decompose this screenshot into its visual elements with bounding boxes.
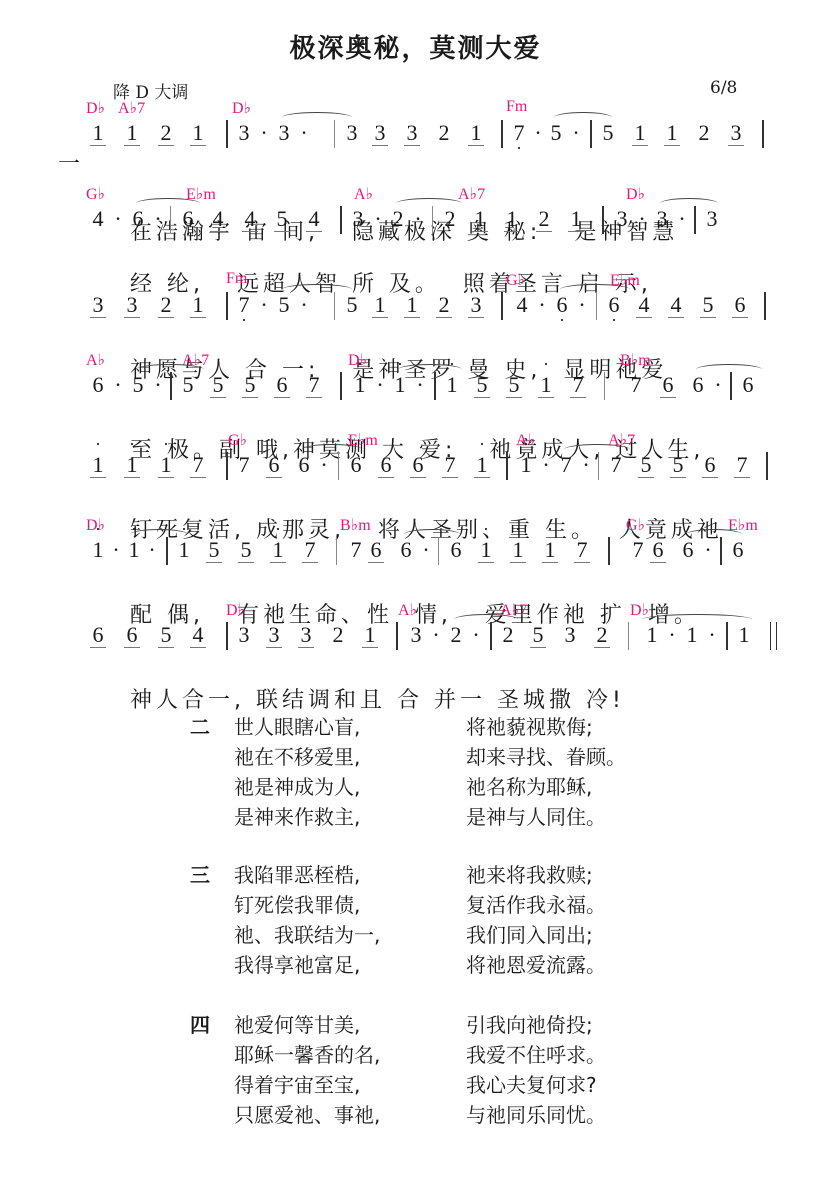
note: 3 xyxy=(350,204,366,234)
lyric-right: 是神与人同住。 xyxy=(466,802,606,832)
note: 6 xyxy=(348,450,364,480)
note: 1 xyxy=(632,118,648,146)
note: 5 xyxy=(474,370,490,398)
barline xyxy=(432,206,433,234)
note: 5 xyxy=(700,290,716,318)
lyric-left: 祂爱何等甘美, xyxy=(234,1010,360,1040)
note: 3 xyxy=(236,620,252,650)
note: 6 xyxy=(732,290,748,318)
note: 1 xyxy=(90,118,106,146)
note: 6 xyxy=(124,620,140,648)
lyrics-row: 配 偶, 有祂生命、性 情, 爱里作祂 扩 增。 xyxy=(86,565,786,599)
note: · xyxy=(370,204,386,234)
note: 6 xyxy=(660,370,676,398)
note: 7 xyxy=(348,535,364,565)
chord: B♭m xyxy=(620,350,651,370)
note: 1 xyxy=(510,535,526,563)
barline xyxy=(720,537,722,565)
lyrics-row: 神愿与人 合 一: 是神圣罗 曼 史, 显明祂爱 xyxy=(86,320,786,354)
note: 1 xyxy=(90,450,106,478)
chord: A♭ xyxy=(86,350,105,370)
note: 6 xyxy=(702,450,718,478)
stanza-line: 祂、我联结为一,我们同入同出; xyxy=(190,920,710,950)
lyric-left: 只愿爱祂、事祂, xyxy=(234,1100,380,1130)
barline xyxy=(602,206,604,234)
note: 5 xyxy=(206,535,222,563)
note: 1 xyxy=(664,118,680,146)
chord: D♭ xyxy=(626,184,645,204)
note: 4 xyxy=(190,620,206,648)
barline xyxy=(336,537,337,565)
note: 7 xyxy=(574,535,590,563)
note: · xyxy=(256,290,272,320)
note: 1 xyxy=(518,450,534,480)
verse-number: 一 xyxy=(58,148,84,182)
barline xyxy=(766,452,768,480)
barline xyxy=(770,622,777,650)
barline xyxy=(730,372,732,400)
barline xyxy=(396,622,398,650)
note: 6 xyxy=(448,535,464,565)
note: 5 xyxy=(180,370,196,400)
chord: G♭ xyxy=(228,430,247,450)
note: · xyxy=(428,620,444,650)
barline xyxy=(434,372,436,400)
chord: G♭ xyxy=(506,270,525,290)
note: 7 xyxy=(511,118,527,148)
note: 4 xyxy=(242,204,258,232)
note: 2 xyxy=(158,290,174,318)
stanza-line: 祂在不移爱里,却来寻找、眷顾。 xyxy=(190,742,710,772)
note: 3 xyxy=(298,620,314,648)
barline xyxy=(170,206,171,234)
note: 1 xyxy=(190,118,206,146)
note: · xyxy=(530,118,546,148)
note: · xyxy=(534,290,550,320)
note: 6 xyxy=(368,535,384,563)
note: 6 xyxy=(274,370,290,398)
chord: D♭ xyxy=(226,600,245,620)
chord-row: G♭ E♭m A♭ A♭7 xyxy=(86,430,786,450)
note: 3 xyxy=(408,620,424,650)
note: 5 xyxy=(242,370,258,398)
note: · xyxy=(538,450,554,480)
tie-arc xyxy=(282,284,352,295)
barline xyxy=(590,120,592,148)
lyric-right: 我心夫复何求? xyxy=(466,1070,597,1100)
note: 7 xyxy=(236,450,252,480)
barline xyxy=(628,622,629,650)
note: 1 xyxy=(362,620,378,648)
barline xyxy=(501,292,503,320)
lyrics-row: 钉死复活, 成那灵, 将人圣别、重 生。 人竟成祂 xyxy=(86,480,786,514)
note: 7 xyxy=(302,535,318,563)
lyric-left: 祂是神成为人, xyxy=(234,772,360,802)
note: · xyxy=(634,204,650,234)
note: 2 xyxy=(442,204,458,234)
lyric-left: 钉死偿我罪债, xyxy=(234,890,360,920)
chord: D♭ xyxy=(232,98,251,118)
barline xyxy=(438,537,439,565)
note: 1 xyxy=(568,204,584,232)
note: 5 xyxy=(506,370,522,398)
note: 3 xyxy=(372,118,388,146)
stanza-line: 祂爱何等甘美,引我向祂倚投; xyxy=(190,1010,710,1040)
note: 2 xyxy=(436,290,452,318)
note: 1 xyxy=(270,535,286,563)
lyric-right: 我爱不住呼求。 xyxy=(466,1040,606,1070)
score-line-1: D♭ A♭7 D♭ Fm 1121 3·3· 33321 7·5· 51123 … xyxy=(86,98,786,182)
notation-row: 1·1· 15517 766· 61117 766· 6 xyxy=(86,535,786,565)
note: 1 xyxy=(542,535,558,563)
note: 4 xyxy=(306,204,322,232)
note: 2 xyxy=(696,118,712,148)
note: 6 xyxy=(740,370,756,400)
note: 5 xyxy=(530,620,546,648)
score-line-6: D♭ B♭m G♭ E♭m 1·1· 15517 766· 61117 766·… xyxy=(86,515,786,599)
stanza-line: 得着宇宙至宝,我心夫复何求? xyxy=(190,1070,710,1100)
lyric-right: 将祂藐视欺侮; xyxy=(466,712,593,742)
chord: A♭ xyxy=(398,600,417,620)
notation-row: 1117 766· 66671 1·7· 75567 xyxy=(86,450,786,480)
notation-row: 6·5· 55567 1·1· 15517 766· 6 xyxy=(86,370,786,400)
barline xyxy=(340,372,342,400)
barline xyxy=(490,622,492,650)
note: 3 xyxy=(404,118,420,146)
stanza-line: 只愿爱祂、事祂,与祂同乐同忧。 xyxy=(190,1100,710,1130)
lyrics-row: 至 极。副 哦,神莫测 大 爱: 祂竟成人, 过人生, xyxy=(86,400,786,434)
barline xyxy=(604,372,605,400)
note: 3 xyxy=(236,118,252,148)
barline xyxy=(226,622,228,650)
note: 1 xyxy=(478,535,494,563)
note: 4 xyxy=(668,290,684,318)
note: 3 xyxy=(90,290,106,318)
score-line-2: G♭ E♭m A♭ A♭7 D♭ 4·6· 64454 3·2· 21121 3… xyxy=(86,184,786,268)
lyric-right: 祂名称为耶稣, xyxy=(466,772,592,802)
barline xyxy=(596,292,597,320)
barline xyxy=(694,206,696,234)
note: 7 xyxy=(734,450,750,478)
note: · xyxy=(110,204,126,234)
chord: Fm xyxy=(226,270,247,288)
note: 6 xyxy=(266,450,282,478)
note: 1 xyxy=(504,204,520,232)
lyric-left: 耶稣一馨香的名, xyxy=(234,1040,380,1070)
barline xyxy=(226,452,228,480)
note: · xyxy=(110,370,126,400)
lyrics-row: 经 纶, 远超人智 所 及。 照着圣言 启 示, xyxy=(86,234,786,268)
barline xyxy=(762,120,764,148)
lyric-right: 祂来将我救赎; xyxy=(466,860,593,890)
note: 1 xyxy=(372,290,388,318)
stanza-line: 祂是神成为人,祂名称为耶稣, xyxy=(190,772,710,802)
barline xyxy=(334,292,335,320)
note: 4 xyxy=(90,204,106,234)
barline xyxy=(726,622,728,650)
note: 5 xyxy=(670,450,686,478)
chord: A♭7 xyxy=(118,98,145,118)
barline xyxy=(598,452,599,480)
barline xyxy=(226,292,228,320)
barline xyxy=(338,452,339,480)
note: 1 xyxy=(158,450,174,478)
note: 6 xyxy=(730,535,746,565)
lyric-right: 我们同入同出; xyxy=(466,920,593,950)
note: 4 xyxy=(514,290,530,320)
note: 2 xyxy=(594,620,610,648)
chord: A♭7 xyxy=(458,184,485,204)
barline xyxy=(170,372,172,400)
lyrics-row: 一 在浩瀚宇 宙 间, 隐藏极深 奥 秘: 是神智慧 xyxy=(86,148,786,182)
stanza-4: 四 祂爱何等甘美,引我向祂倚投; 耶稣一馨香的名,我爱不住呼求。 得着宇宙至宝,… xyxy=(190,1010,710,1130)
note: 3 xyxy=(614,204,630,234)
stanza-line: 世人眼瞎心盲,将祂藐视欺侮; xyxy=(190,712,710,742)
note: 7 xyxy=(442,450,458,478)
stanza-line: 我陷罪恶桎梏,祂来将我救赎; xyxy=(190,860,710,890)
note: 7 xyxy=(190,450,206,478)
note: · xyxy=(108,535,124,565)
note: 1 xyxy=(404,290,420,318)
lyric-right: 引我向祂倚投; xyxy=(466,1010,593,1040)
chord: G♭ xyxy=(626,515,645,535)
note: · xyxy=(372,370,388,400)
barline xyxy=(764,292,766,320)
lyric-left: 得着宇宙至宝, xyxy=(234,1070,360,1100)
note: 6 xyxy=(180,204,196,234)
note: 6 xyxy=(606,290,622,320)
note: 5 xyxy=(600,118,616,148)
note: 3 xyxy=(344,118,360,148)
note: 7 xyxy=(570,370,586,398)
stanza-line: 钉死偿我罪债,复活作我永福。 xyxy=(190,890,710,920)
note: 3 xyxy=(704,204,720,234)
note: 3 xyxy=(728,118,744,146)
chord: A♭ xyxy=(354,184,373,204)
note: 1 xyxy=(538,370,554,398)
note: 5 xyxy=(274,204,290,232)
note: 7 xyxy=(630,535,646,565)
stanza-line: 耶稣一馨香的名,我爱不住呼求。 xyxy=(190,1040,710,1070)
note: 3 xyxy=(468,290,484,318)
stanza-2: 二 世人眼瞎心盲,将祂藐视欺侮; 祂在不移爱里,却来寻找、眷顾。 祂是神成为人,… xyxy=(190,712,710,832)
note: 5 xyxy=(344,290,360,320)
barline xyxy=(506,452,508,480)
note: 6 xyxy=(378,450,394,478)
chord: G♭ xyxy=(86,184,105,204)
barline xyxy=(166,537,168,565)
note: · xyxy=(256,118,272,148)
notation-row: 1121 3·3· 33321 7·5· 51123 xyxy=(86,118,786,148)
score-line-4: A♭ A♭7 D♭ B♭m 6·5· 55567 1·1· 15517 766·… xyxy=(86,350,786,434)
note: 1 xyxy=(90,535,106,565)
time-signature: 6/8 xyxy=(710,78,737,98)
note: 5 xyxy=(210,370,226,398)
note: 2 xyxy=(500,620,516,650)
chord-row: D♭ A♭7 D♭ Fm xyxy=(86,98,786,118)
note: 1 xyxy=(474,450,490,478)
note: 7 xyxy=(628,370,644,400)
note: 1 xyxy=(352,370,368,400)
lyric-left: 我得享祂富足, xyxy=(234,950,360,980)
lyric-left: 祂、我联结为一, xyxy=(234,920,380,950)
chord: B♭m xyxy=(340,515,371,535)
lyric-right: 却来寻找、眷顾。 xyxy=(466,742,626,772)
notation-row: 4·6· 64454 3·2· 21121 3·3· 3 xyxy=(86,204,786,234)
note: 3 xyxy=(266,620,282,648)
chord-row: Fm G♭ E♭m xyxy=(86,270,786,290)
note: 6 xyxy=(410,450,426,478)
note: 3 xyxy=(124,290,140,318)
note: 6 xyxy=(90,620,106,648)
note: 7 xyxy=(306,370,322,398)
note: 1 xyxy=(444,370,460,400)
note: 7 xyxy=(608,450,624,480)
note: 2 xyxy=(330,620,346,650)
note: 1 xyxy=(472,204,488,232)
note: 3 xyxy=(562,620,578,650)
note: 1 xyxy=(176,535,192,565)
song-title: 极深奥秘，莫测大爱 xyxy=(0,28,831,65)
notation-row: 3321 7·5· 51123 4·6· 64456 xyxy=(86,290,786,320)
lyrics-row: 神人合一, 联结调和且 合 并一 圣城撒 冷! xyxy=(86,650,786,684)
note: 6 xyxy=(650,535,666,563)
lyric-right: 复活作我永福。 xyxy=(466,890,606,920)
score-line-3: Fm G♭ E♭m 3321 7·5· 51123 4·6· 64456 神愿与… xyxy=(86,270,786,354)
note: 4 xyxy=(210,204,226,232)
barline xyxy=(334,120,335,148)
note: 2 xyxy=(158,118,174,146)
barline xyxy=(340,206,342,234)
note: 1 xyxy=(124,450,140,478)
score-line-7: D♭ A♭ A♭7 D♭ 6654 33321 3·2· 2532 1·1· 1… xyxy=(86,600,786,684)
note: 5 xyxy=(158,620,174,648)
lyrics-text: 神人合一, 联结调和且 合 并一 圣城撒 冷! xyxy=(130,688,625,713)
note: 2 xyxy=(436,118,452,148)
lyric-left: 世人眼瞎心盲, xyxy=(234,712,360,742)
note: 6 xyxy=(90,370,106,400)
note: 7 xyxy=(236,290,252,320)
note: 1 xyxy=(190,290,206,318)
chord: D♭ xyxy=(86,98,105,118)
lyric-left: 是神来作救主, xyxy=(234,802,360,832)
stanza-3: 三 我陷罪恶桎梏,祂来将我救赎; 钉死偿我罪债,复活作我永福。 祂、我联结为一,… xyxy=(190,860,710,980)
note: 1 xyxy=(736,620,752,650)
notation-row: 6654 33321 3·2· 2532 1·1· 1 xyxy=(86,620,786,650)
note: 5 xyxy=(238,535,254,563)
note: 2 xyxy=(536,204,552,232)
note: 1 xyxy=(468,118,484,146)
lyric-left: 我陷罪恶桎梏, xyxy=(234,860,360,890)
chord: Fm xyxy=(506,98,527,116)
score-line-5: G♭ E♭m A♭ A♭7 1117 766· 66671 1·7· 75567… xyxy=(86,430,786,514)
barline xyxy=(608,537,610,565)
lyric-right: 与祂同乐同忧。 xyxy=(466,1100,606,1130)
note: 5 xyxy=(638,450,654,478)
barline xyxy=(501,120,503,148)
lyric-left: 祂在不移爱里, xyxy=(234,742,360,772)
lyric-right: 将祂恩爱流露。 xyxy=(466,950,606,980)
note: 4 xyxy=(636,290,652,318)
tie-arc xyxy=(282,112,352,123)
stanza-line: 是神来作救主,是神与人同住。 xyxy=(190,802,710,832)
note: 1 xyxy=(124,118,140,146)
barline xyxy=(226,120,228,148)
stanza-line: 我得享祂富足,将祂恩爱流露。 xyxy=(190,950,710,980)
